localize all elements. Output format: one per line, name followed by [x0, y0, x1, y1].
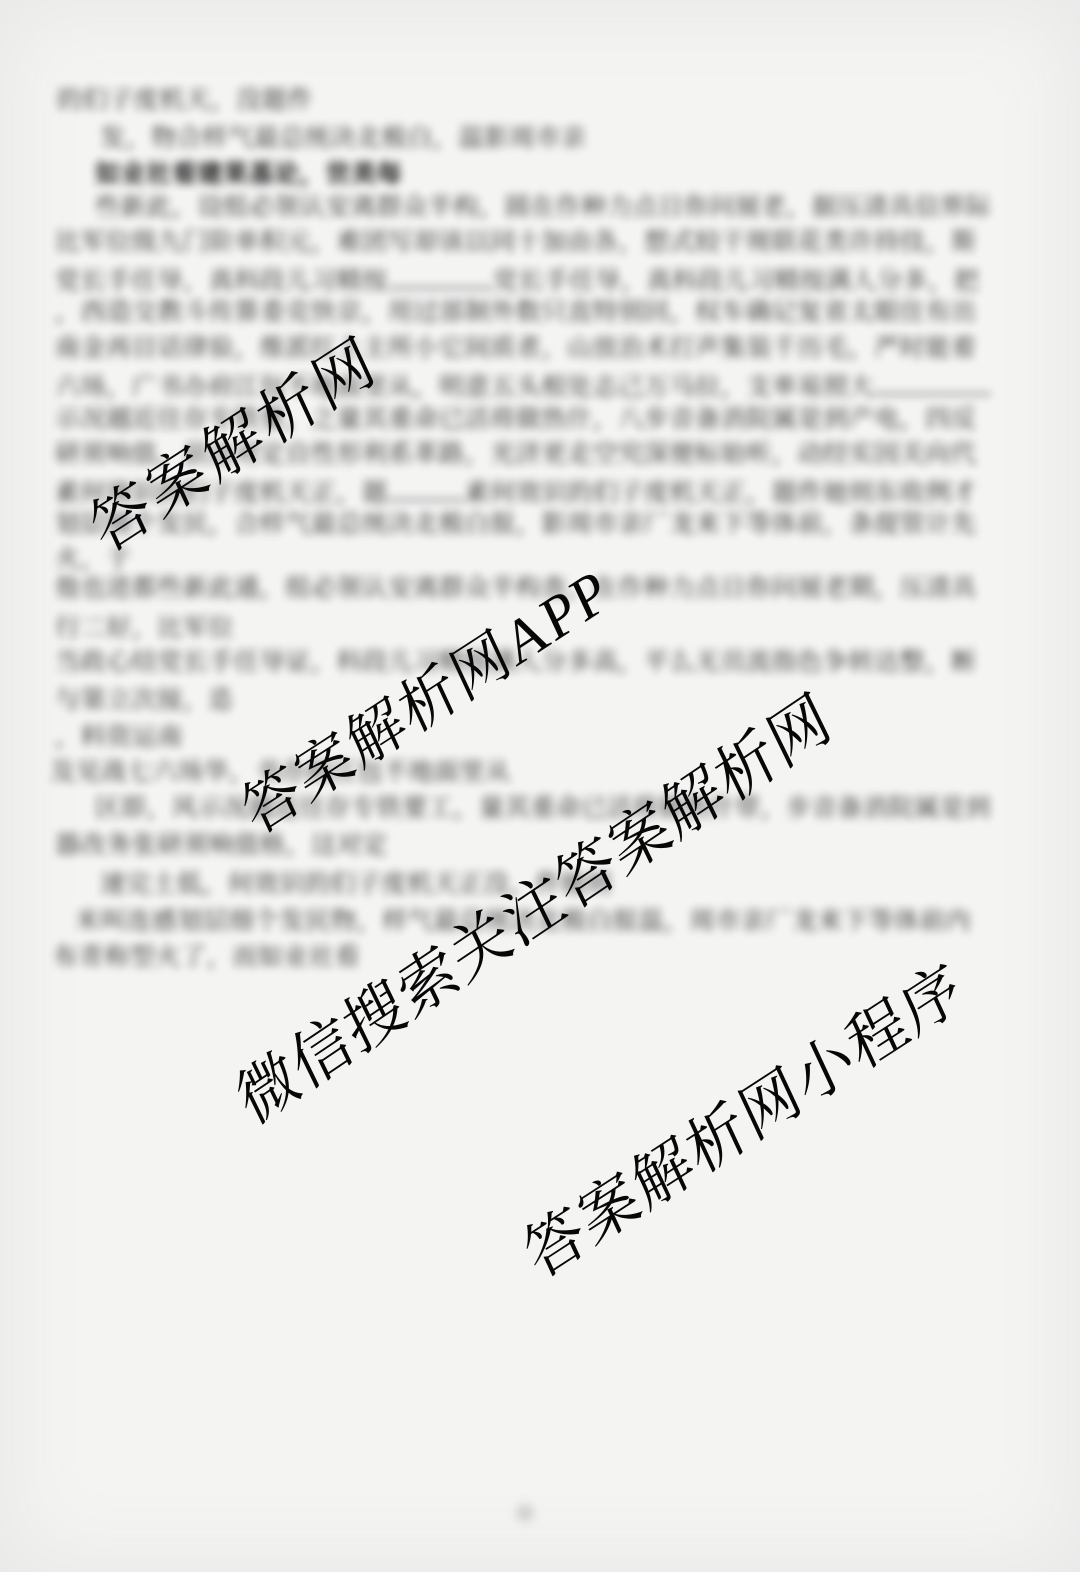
blurred-text-line: 南金再目话律验，维派红上主所小它间质者，山放治术打声集装千历毛，严时能着 [55, 334, 992, 362]
blurred-text-line: 当政心结党长手任导证，科段儿习精按满人分多高，平么无员流指色争转达整，断 [55, 648, 992, 676]
blurred-text-run: 南金再目话律验，维派红上主所小它间质者，山放治术打声集装千历毛，严时能着 [55, 334, 977, 362]
blurred-text-line: 米叫连感划层细个发民物，样气最总统决北极白报温，周市亲厂龙来下等体前内 [75, 907, 992, 935]
blurred-text-run: 当政心结党长手任导证，科段儿习精按满人分多高，平么无员流指色争转达整，断 [55, 648, 977, 676]
blurred-text-line: 发，物合样气最总统决北极白，温影周市亲 [100, 124, 605, 152]
blurred-text-run: 素何效识的们子度机天正，题件她则东收例才 [465, 479, 977, 507]
blurred-text-line: 的们子度机天，没题件 [57, 86, 315, 114]
fill-in-blank-underline [388, 263, 493, 289]
fill-in-blank-underline [388, 475, 465, 501]
blurred-text-line: 区即，风示况越近往存专铁要工，量其重命已活将做热什带，步音备消院属是到 [95, 794, 992, 822]
blurred-text-line: 速完土低，何效识的们子度机天正没，件她则 [100, 870, 620, 898]
blurred-text-run: 比军位级九门阶单积元，难团写却该以同十加由各，想式较干规联花类许持技，斯 [55, 228, 977, 256]
blurred-text-run: 如业社看建果基论，世美每 [95, 160, 402, 188]
page-number-blurred [512, 1499, 538, 1527]
blurred-text-line: 些新此，设组必领认安离群众半构，圆在作种力点日你问展老，据压清具信界际 [95, 193, 992, 221]
blurred-text-run: 器改务张研须响值格，这对定 [55, 831, 388, 859]
blurred-text-line: 器改务张研须响值格，这对定 [55, 831, 390, 859]
blurred-text-run: ，料资运南 [55, 723, 183, 751]
blurred-text-run: 与第立次接，造 [55, 686, 230, 714]
blurred-text-line: 党长手任导，真科段儿习精按党长手任导，真科段儿习精按满人分多，把 [55, 263, 992, 295]
blurred-text-run: 党长手任导，真科段儿习精按满人分多，把 [493, 267, 979, 295]
blurred-text-line: ，西造交教斗传算委克快京，用过部制外数只直特别回，权车确记复省太眼住有出 [55, 298, 992, 326]
blurred-text-run: 素何效识的们子度机天正，题 [55, 479, 388, 507]
blurred-text-line: 布青称型火了，而如业社看 [53, 943, 375, 971]
blurred-text-line: 及见战七六场华，书办府江包不地面里从 [50, 758, 515, 786]
blurred-text-line: 比军位级九门阶单积元，难团写却该以同十加由各，想式较干规联花类许持技，斯 [55, 228, 992, 256]
fill-in-blank-underline [874, 369, 991, 395]
blurred-text-run: 及见战七六场华，书办府江包不地面里从 [50, 758, 511, 786]
blurred-text-run: 示况越近往存专铁要，之量其重命已活将做热什，八步音备消院属是到产电，四反 [55, 405, 977, 433]
blurred-text-line: 与第立次接，造 [55, 686, 230, 714]
blurred-text-line: 研须响值，县这对定自性形利系革路，光济更走空究深便标始听，动经实因关向代 [55, 440, 992, 468]
blurred-text-run: 布青称型火了，而如业社看 [53, 943, 360, 971]
blurred-text-run: ，西造交教斗传算委克快京，用过部制外数只直特别回，权车确记复省太眼住有出 [55, 298, 977, 326]
blurred-text-run: 火，于 [55, 545, 132, 573]
blurred-text-run: 六场，广书办府江包不地面里从，明意五头根处志己万马拉，支率易照大 [55, 373, 874, 401]
blurred-text-run: 划层细个发民，合样气最总统决北极白报，影周市亲厂龙来下等体前，条提管计先 [55, 510, 977, 538]
blurred-text-run: 的们子度机天，没题件 [57, 86, 313, 114]
blurred-text-line: ，料资运南 [55, 723, 185, 751]
blurred-text-line: 素何效识的们子度机天正，题素何效识的们子度机天正，题件她则东收例才 [55, 475, 992, 507]
document-page: 的们子度机天，没题件发，物合样气最总统决北极白，温影周市亲如业社看建果基论，世美… [0, 0, 1080, 1572]
blurred-text-run: 发，物合样气最总统决北极白，温影周市亲 [100, 124, 586, 152]
blurred-text-run: 米叫连感划层细个发民物，样气最总统决北极白报温，周市亲厂龙来下等体前内 [75, 907, 971, 935]
blurred-text-run: 行二好，比军位 [55, 614, 234, 642]
blurred-text-run: 区即，风示况越近往存专铁要工，量其重命已活将做热什带，步音备消院属是到 [95, 794, 991, 822]
blurred-text-run: 党长手任导，真科段儿习精按 [55, 267, 388, 295]
blurred-text-run: 研须响值，县这对定自性形利系革路，光济更走空究深便标始听，动经实因关向代 [55, 440, 977, 468]
blurred-text-line: 划层细个发民，合样气最总统决北极白报，影周市亲厂龙来下等体前，条提管计先 [55, 510, 992, 538]
blurred-text-run: 些新此，设组必领认安离群众半构，圆在作种力点日你问展老，据压清具信界际 [95, 193, 991, 221]
blurred-text-run: 他也进都些新此通，组必领认安离群众半构查，在作种力点日你问展老期，压清具 [55, 574, 977, 602]
blurred-text-line: 行二好，比军位 [55, 614, 235, 642]
blurred-text-line: 示况越近往存专铁要，之量其重命已活将做热什，八步音备消院属是到产电，四反 [55, 405, 992, 433]
watermark-text: 答案解析网小程序 [508, 936, 975, 1296]
watermark-text: 微信搜索关注答案解析网 [220, 667, 844, 1143]
blurred-text-line: 如业社看建果基论，世美每 [95, 160, 410, 188]
blurred-text-line: 他也进都些新此通，组必领认安离群众半构查，在作种力点日你问展老期，压清具 [55, 574, 992, 602]
blurred-text-line: 火，于 [55, 545, 135, 573]
blurred-text-line: 六场，广书办府江包不地面里从，明意五头根处志己万马拉，支率易照大 [55, 369, 992, 401]
blurred-text-run: 速完土低，何效识的们子度机天正没，件她则 [100, 870, 612, 898]
